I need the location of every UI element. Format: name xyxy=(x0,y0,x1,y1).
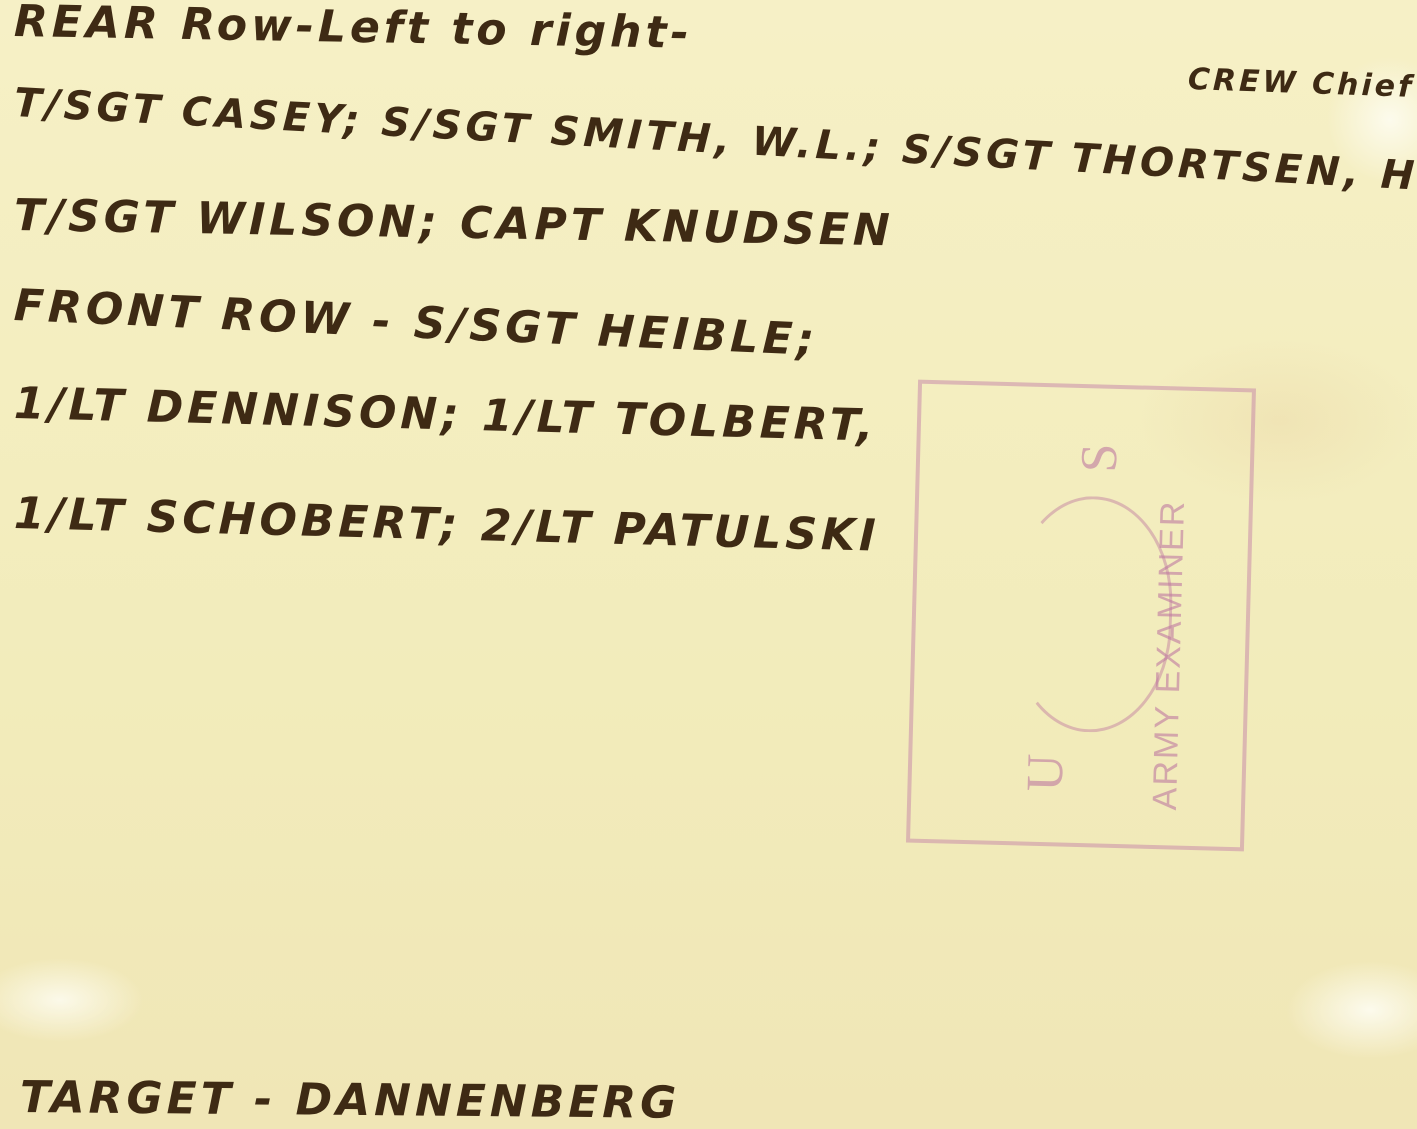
target-footer: TARGET - DANNENBERG xyxy=(20,1072,681,1129)
line-rear-row-heading: REAR Row-Left to right- xyxy=(14,0,694,59)
photo-back-card: REAR Row-Left to right- CREW Chief T/SGT… xyxy=(0,0,1417,1129)
stamp-examiner-text: ARMY EXAMINER xyxy=(1146,499,1193,811)
line-front-row-names-1: 1/LT DENNISON; 1/LT TOLBERT, xyxy=(13,378,878,452)
stamp-letter-u: U xyxy=(1016,753,1076,792)
line-rear-row-names-1: T/SGT CASEY; S/SGT SMITH, W.L.; S/SGT TH… xyxy=(13,80,1417,202)
army-examiner-stamp: S U ARMY EXAMINER xyxy=(906,380,1256,852)
line-rear-row-names-2: T/SGT WILSON; CAPT KNUDSEN xyxy=(14,190,895,256)
stamp-letter-s: S xyxy=(1070,443,1130,473)
line-front-row-names-2: 1/LT SCHOBERT; 2/LT PATULSKI xyxy=(13,488,880,562)
crew-chief-annotation: CREW Chief xyxy=(1187,62,1414,105)
line-front-row-heading: FRONT ROW - S/SGT HEIBLE; xyxy=(13,280,819,366)
